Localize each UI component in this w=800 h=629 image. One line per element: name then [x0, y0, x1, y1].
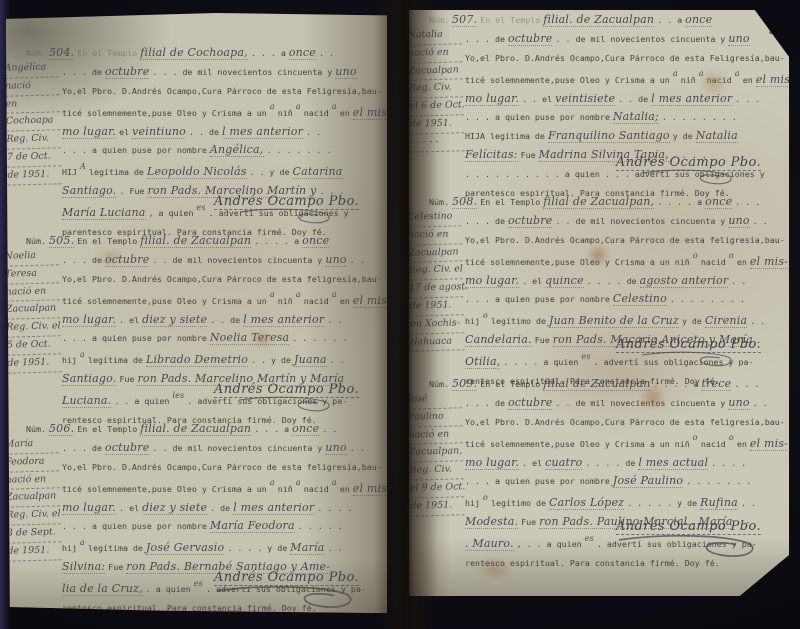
- margin-note-line: Reg. Civ.: [409, 80, 463, 99]
- margin-note-line: nació en: [408, 44, 462, 63]
- signature-flourish: [238, 207, 334, 229]
- record-line: . . . deoctubre. . de mil novecientos ci…: [465, 211, 785, 230]
- record-line: Yo,el Pbro. D.Andrés Ocampo,Cura Párroco…: [465, 48, 785, 67]
- record-line: Núm.508.En el Templofilial de Zacualpan,…: [429, 192, 785, 211]
- priest-signature: Andrés Ocampo Pbo.: [616, 151, 761, 190]
- book-photo: AngélicanacióenCochoapaReg. Civ.7 de Oct…: [0, 0, 800, 629]
- margin-note-line: Feodora: [5, 453, 59, 472]
- record-entry-508: Celestinonació enZacualpanReg. Civ. el17…: [409, 192, 789, 374]
- record-line: hijalegítima deLibrado Demetrio. . y deJ…: [62, 347, 383, 369]
- margin-note-line: 7 de Oct.: [7, 148, 61, 167]
- record-line: . . . deoctubre. . de mil novecientos ci…: [465, 393, 785, 412]
- margin-note-line: Teresa: [5, 265, 59, 284]
- margin-note-line: de 1951.: [7, 542, 61, 561]
- margin-note-line: nació en: [408, 426, 462, 445]
- margin-note-line: 5 de Oct.: [7, 336, 61, 355]
- signature-flourish: [640, 350, 736, 372]
- margin-note-line: José: [407, 390, 461, 409]
- margin-note-line: Zacualpan: [6, 301, 60, 320]
- record-line: ticé solemnemente,puse Oleo y Crisma a u…: [465, 248, 785, 270]
- record-line: ticé solemnemente,puse Oleo y Crisma a u…: [465, 430, 785, 452]
- margin-note-line: Noelia: [4, 247, 58, 266]
- record-line: . . . a quien puse por nombreJosé Paulin…: [465, 471, 785, 490]
- margin-note-line: Reg. Civ. el: [409, 262, 463, 281]
- priest-signature: Andrés Ocampo Pbo.: [214, 566, 359, 605]
- margin-note: JoséPaulinonació enZacualpan,Reg. Civ.el…: [407, 390, 464, 516]
- record-line: Yo,el Pbro. D.Andrés Ocampo,Cura Párroco…: [465, 412, 785, 431]
- record-line: Yo,el Pbro. D.Andrés Ocampo,Cura Párroco…: [62, 269, 383, 288]
- margin-note-line: - - - - -: [410, 133, 464, 152]
- left-page: AngélicanacióenCochoapaReg. Civ.7 de Oct…: [6, 13, 387, 613]
- record-entry-507: Natalianació enZacualpanReg. Civ.el 6 de…: [409, 10, 789, 192]
- priest-signature: Andrés Ocampo Pbo.: [214, 378, 359, 417]
- record-entry-506: MaríaFeodoranació enZacualpanReg. Civ. e…: [6, 419, 387, 607]
- record-line: . . . a quien puse por nombreCelestino. …: [465, 289, 785, 308]
- page-number: 32: [769, 22, 787, 38]
- record-line: mo lugar.. elquince. . . . deagosto ante…: [465, 271, 785, 290]
- record-line: hijalegítima deJosé Gervasio. . . . y de…: [62, 535, 383, 557]
- margin-note-line: María: [4, 435, 58, 454]
- record-line: . . . a quien puse por nombreNatalia;. .…: [465, 107, 785, 126]
- record-line: ticé solemnemente,puse Oleo y Crisma a u…: [62, 99, 383, 121]
- margin-note-line: de 1951.: [409, 297, 463, 316]
- margin-note-line: tlahuaca: [410, 333, 464, 352]
- record-line: ticé solemnemente,puse Oleo y Crisma a u…: [62, 475, 383, 497]
- margin-note-line: Zacualpan,: [409, 444, 463, 463]
- margin-note-line: Angélica: [4, 59, 58, 78]
- margin-note-line: Zacualpan: [6, 489, 60, 508]
- margin-note: AngélicanacióenCochoapaReg. Civ.7 de Oct…: [4, 59, 61, 185]
- record-line: ticé solemnemente,puse Oleo y Crisma a u…: [465, 66, 785, 88]
- record-line: Núm.504.En el Templofilial de Cochoapa,.…: [26, 43, 383, 62]
- margin-note-line: Reg. Civ. el: [6, 318, 60, 337]
- priest-signature: Andrés Ocampo Pbo.: [214, 190, 359, 229]
- right-page: 32 Natalianació enZacualpanReg. Civ.el 6…: [409, 10, 789, 596]
- margin-note-line: Reg. Civ. el: [6, 506, 60, 525]
- margin-note: Celestinonació enZacualpanReg. Civ. el17…: [407, 208, 465, 352]
- record-line: hijolegítimo deJuan Benito de la Cruzy d…: [465, 308, 785, 330]
- margin-note-line: nació en: [408, 226, 462, 245]
- record-entry-504: AngélicanacióenCochoapaReg. Civ.7 de Oct…: [6, 43, 387, 231]
- margin-note-line: 17 de agost.: [409, 279, 463, 298]
- margin-note-line: 3 de Sept.: [7, 524, 61, 543]
- margin-note: NoeliaTeresanació enZacualpanReg. Civ. e…: [4, 247, 61, 373]
- margin-note-line: de 1951.: [410, 497, 464, 516]
- margin-note-line: de 1951.: [7, 354, 61, 373]
- signature-flourish: [238, 395, 334, 417]
- record-line: . . . a quien puse por nombreAngélica,. …: [62, 140, 383, 159]
- record-line: mo lugar.elveintiuno. . del mes anterior…: [62, 122, 383, 141]
- margin-note-line: de 1951.: [410, 115, 464, 134]
- margin-note-line: Zacualpan: [408, 244, 462, 263]
- record-line: hijolegítimo deCarlos López. . . . . y d…: [465, 490, 785, 512]
- margin-note-line: en: [5, 95, 59, 114]
- record-line: HIJA legítima deFranquilino Santiagoy de…: [465, 126, 785, 145]
- margin-note-line: Paulino: [408, 408, 462, 427]
- record-line: Núm.509.En el Templofilial de Zacualpan.…: [429, 374, 785, 393]
- record-line: Yo,el Pbro. D.Andrés Ocampo,Cura Párroco…: [465, 230, 785, 249]
- margin-note-line: Reg. Civ.: [409, 461, 463, 480]
- margin-note-line: Cochoapa: [6, 113, 60, 132]
- signature-flourish: [616, 533, 760, 566]
- record-line: . . . deoctubre. . de mil novecientos ci…: [62, 438, 383, 457]
- margin-note-line: el 6 de Oct.: [409, 97, 463, 116]
- priest-signature: Andrés Ocampo Pbo.: [616, 333, 761, 372]
- record-line: mo lugar.. elcuatro. . . . del mes actua…: [465, 453, 785, 472]
- record-entry-505: NoeliaTeresanació enZacualpanReg. Civ. e…: [6, 231, 387, 419]
- record-line: . . . a quien puse por nombreNoelia Tere…: [62, 328, 383, 347]
- margin-note-line: de 1951.: [7, 166, 61, 185]
- margin-note-line: Natalia: [407, 26, 461, 45]
- record-line: Núm.505.En el Templofilial. de Zacualpan…: [26, 231, 383, 250]
- record-line: Yo,el Pbro. D.Andrés Ocampo,Cura Párroco…: [62, 457, 383, 476]
- record-line: . . . deoctubre. . de mil novecientos ci…: [62, 250, 383, 269]
- margin-note: Natalianació enZacualpanReg. Civ.el 6 de…: [407, 26, 464, 152]
- record-entry-509: JoséPaulinonació enZacualpan,Reg. Civ.el…: [409, 374, 789, 556]
- record-line: . . . a quien puse por nombreMaría Feodo…: [62, 516, 383, 535]
- signature-flourish: [214, 584, 358, 617]
- record-line: HIJAlegítima deLeopoldo Nicolás. . y deC…: [62, 159, 383, 181]
- record-line: Núm.506.En el Templofilial. de Zacualpan…: [26, 419, 383, 438]
- record-line: ticé solemnemente,puse Oleo y Crisma a u…: [62, 287, 383, 309]
- margin-note-line: el 9 de Oct.: [410, 479, 464, 498]
- margin-note-line: nació: [5, 77, 59, 96]
- margin-note-line: Zacualpan: [408, 62, 462, 81]
- record-line: mo lugar.. eldiez y siete. . del mes ant…: [62, 310, 383, 329]
- margin-note-line: nació en: [5, 471, 59, 490]
- record-line: mo lugar.. eldiez y siete. del mes anter…: [62, 498, 383, 517]
- margin-note-line: nació en: [5, 283, 59, 302]
- record-line: . . . deoctubre. . . de mil novecientos …: [62, 62, 383, 81]
- margin-note-line: en Xochis-: [410, 315, 464, 334]
- signature-flourish: [640, 168, 736, 190]
- margin-note-line: Celestino: [407, 208, 461, 227]
- record-line: mo lugar.. . elveintisiete. . del mes an…: [465, 89, 785, 108]
- record-line: Núm.507.En el Templofilial. de Zacualpan…: [429, 10, 785, 29]
- margin-note: MaríaFeodoranació enZacualpanReg. Civ. e…: [4, 435, 61, 561]
- record-line: . . . deoctubre. . de mil novecientos ci…: [465, 29, 785, 48]
- margin-note-line: Reg. Civ.: [6, 130, 60, 149]
- record-line: Yo,el Pbro. D.Andrés Ocampo,Cura Párroco…: [62, 81, 383, 100]
- priest-signature: Andrés Ocampo Pbo.: [616, 515, 761, 554]
